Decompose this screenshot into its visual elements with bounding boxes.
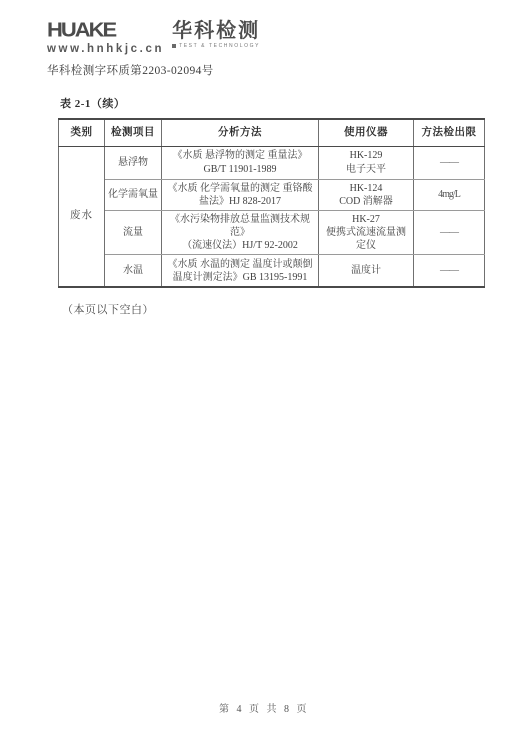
header-limit: 方法检出限: [414, 119, 485, 146]
document-number: 华科检测字环质第2203-02094号: [47, 62, 528, 78]
method-line: （流速仪法）HJ/T 92-2002: [165, 239, 315, 252]
header-item: 检测项目: [105, 119, 162, 146]
blank-page-note: （本页以下空白）: [62, 301, 528, 317]
page-number-footer: 第 4 页 共 8 页: [0, 700, 528, 715]
limit-cell: ——: [414, 255, 485, 287]
square-bullet-icon: [172, 44, 176, 48]
logo-right-block: 华科检测 TEST & TECHNOLOGY: [172, 21, 260, 49]
instrument-cell: HK-27 便携式流速流量测定仪: [319, 210, 414, 255]
method-line: 《水质 悬浮物的测定 重量法》: [165, 149, 315, 162]
header-category: 类别: [59, 119, 105, 146]
category-cell: 废水: [59, 146, 105, 287]
method-cell: 《水质 悬浮物的测定 重量法》 GB/T 11901-1989: [162, 146, 319, 179]
logo-website: www.hnhkjc.cn: [47, 43, 164, 55]
company-logo: HUAKE www.hnhkjc.cn 华科检测 TEST & TECHNOLO…: [47, 21, 528, 55]
table-row: 流量 《水污染物排放总量监测技术规范》 （流速仪法）HJ/T 92-2002 H…: [59, 210, 485, 255]
logo-wordmark: HUAKE: [47, 21, 164, 39]
logo-tagline-row: TEST & TECHNOLOGY: [172, 43, 260, 49]
table-caption: 表 2-1（续）: [60, 95, 528, 111]
header-method: 分析方法: [162, 119, 319, 146]
method-line: 《水质 化学需氧量的测定 重铬酸: [165, 182, 315, 195]
limit-cell: 4mg/L: [414, 179, 485, 210]
instrument-line: HK-27: [322, 213, 410, 226]
instrument-line: 温度计: [322, 264, 410, 277]
item-cell: 化学需氧量: [105, 179, 162, 210]
instrument-line: HK-124: [322, 182, 410, 195]
item-cell: 流量: [105, 210, 162, 255]
logo-tagline: TEST & TECHNOLOGY: [179, 43, 260, 49]
table-row: 水温 《水质 水温的测定 温度计或颠倒 温度计测定法》GB 13195-1991…: [59, 255, 485, 287]
limit-cell: ——: [414, 210, 485, 255]
instrument-cell: 温度计: [319, 255, 414, 287]
item-cell: 悬浮物: [105, 146, 162, 179]
instrument-cell: HK-124 COD 消解器: [319, 179, 414, 210]
method-cell: 《水质 化学需氧量的测定 重铬酸 盐法》HJ 828-2017: [162, 179, 319, 210]
instrument-cell: HK-129 电子天平: [319, 146, 414, 179]
item-cell: 水温: [105, 255, 162, 287]
method-cell: 《水污染物排放总量监测技术规范》 （流速仪法）HJ/T 92-2002: [162, 210, 319, 255]
analysis-methods-table: 类别 检测项目 分析方法 使用仪器 方法检出限 废水 悬浮物 《水质 悬浮物的测…: [58, 118, 485, 288]
logo-left-block: HUAKE www.hnhkjc.cn: [47, 21, 164, 55]
report-header: HUAKE www.hnhkjc.cn 华科检测 TEST & TECHNOLO…: [0, 0, 528, 78]
table-header-row: 类别 检测项目 分析方法 使用仪器 方法检出限: [59, 119, 485, 146]
method-line: 盐法》HJ 828-2017: [165, 195, 315, 208]
table-row: 废水 悬浮物 《水质 悬浮物的测定 重量法》 GB/T 11901-1989 H…: [59, 146, 485, 179]
method-line: 《水污染物排放总量监测技术规范》: [165, 213, 315, 239]
method-line: 温度计测定法》GB 13195-1991: [165, 271, 315, 284]
method-cell: 《水质 水温的测定 温度计或颠倒 温度计测定法》GB 13195-1991: [162, 255, 319, 287]
header-instrument: 使用仪器: [319, 119, 414, 146]
limit-cell: ——: [414, 146, 485, 179]
instrument-line: 便携式流速流量测定仪: [322, 226, 410, 252]
table-row: 化学需氧量 《水质 化学需氧量的测定 重铬酸 盐法》HJ 828-2017 HK…: [59, 179, 485, 210]
instrument-line: 电子天平: [322, 163, 410, 176]
instrument-line: COD 消解器: [322, 195, 410, 208]
logo-chinese-name: 华科检测: [172, 21, 260, 42]
document-page: HUAKE www.hnhkjc.cn 华科检测 TEST & TECHNOLO…: [0, 0, 528, 748]
method-line: 《水质 水温的测定 温度计或颠倒: [165, 258, 315, 271]
method-line: GB/T 11901-1989: [165, 163, 315, 176]
instrument-line: HK-129: [322, 149, 410, 162]
